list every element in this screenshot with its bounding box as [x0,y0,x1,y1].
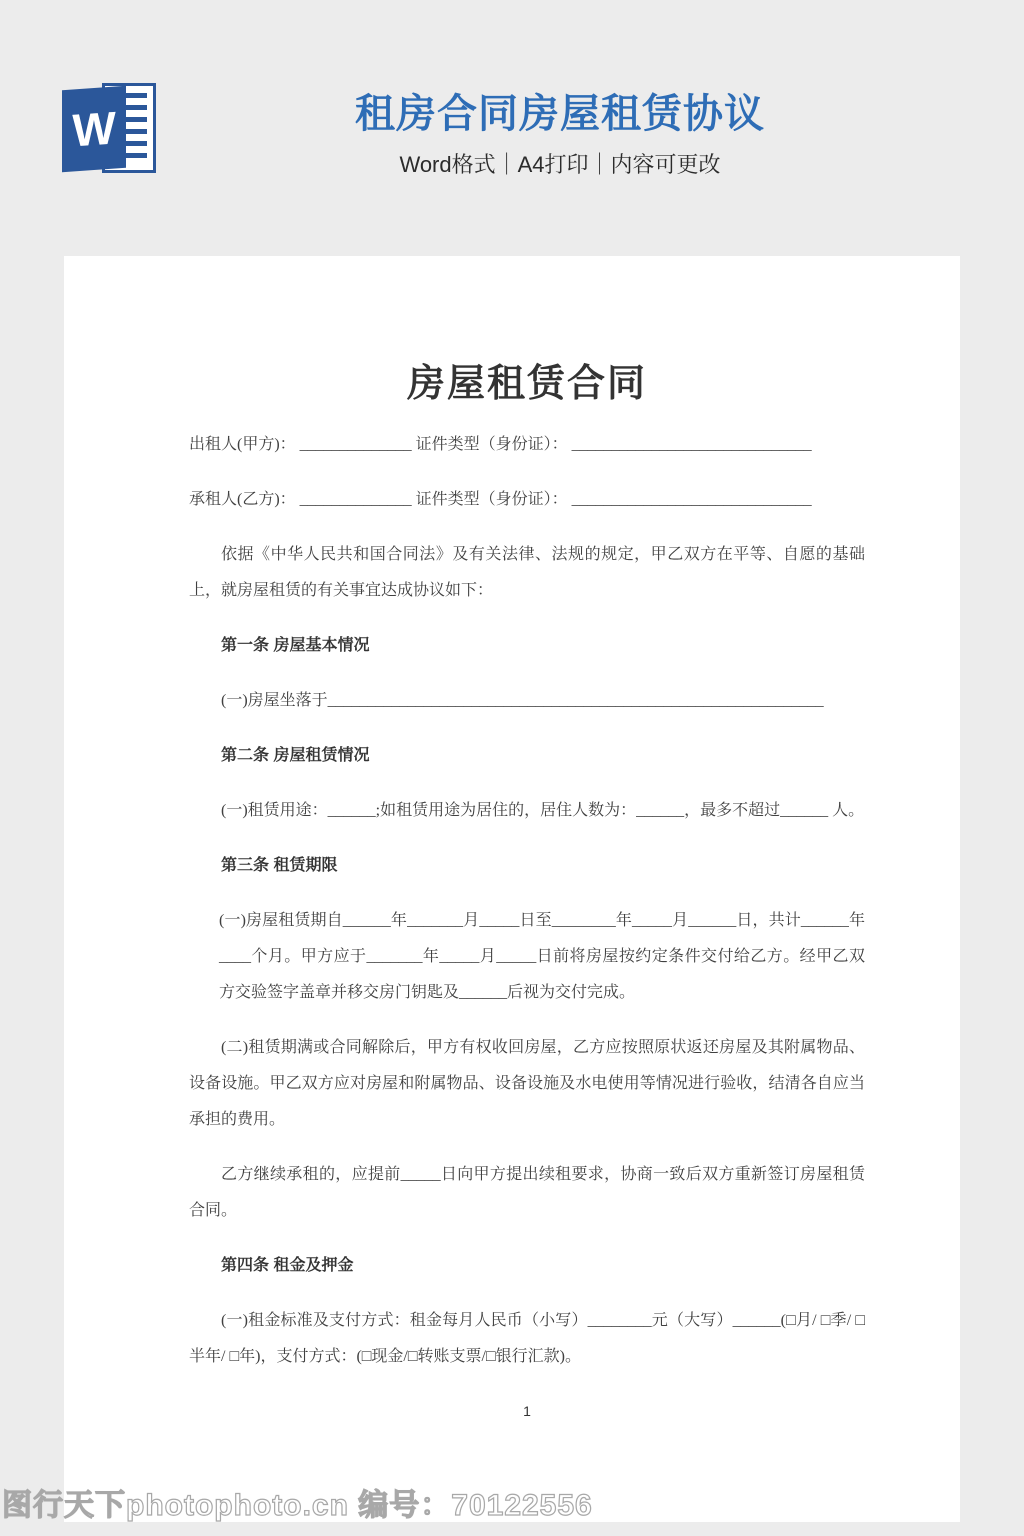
contract-paragraph: 依据《中华人民共和国合同法》及有关法律、法规的规定，甲乙双方在平等、自愿的基础上… [189,537,865,609]
promo-header: W 租房合同房屋租赁协议 Word格式｜A4打印｜内容可更改 [0,0,1024,256]
contract-title: 房屋租赁合同 [189,360,865,408]
page-number: 1 [189,1403,865,1419]
contract-paragraph: (一)租金标准及支付方式：租金每月人民币（小写）________元（大写）___… [189,1303,865,1375]
contract-paragraph: (一)租赁用途：______;如租赁用途为居住的，居住人数为：______，最多… [189,793,865,829]
contract-paragraph: 乙方继续承租的，应提前_____日向甲方提出续租要求，协商一致后双方重新签订房屋… [189,1157,865,1229]
header-text: 租房合同房屋租赁协议 Word格式｜A4打印｜内容可更改 [96,90,1024,178]
watermark-text: 图行天下photophoto.cn 编号：70122556 [2,1488,593,1524]
contract-paragraph: 承租人(乙方)： ______________ 证件类型（身份证）： _____… [189,482,865,518]
template-subtitle: Word格式｜A4打印｜内容可更改 [96,152,1024,178]
section-heading: 第三条 租赁期限 [189,848,865,884]
contract-paragraph: (一)房屋坐落于________________________________… [189,683,865,719]
section-heading: 第四条 租金及押金 [189,1248,865,1284]
section-heading: 第一条 房屋基本情况 [189,628,865,664]
contract-paragraph: (一)房屋租赁期自______年_______月_____日至________年… [219,903,865,1011]
contract-paragraph: 出租人(甲方)： ______________ 证件类型（身份证）： _____… [189,427,865,463]
contract-body: 出租人(甲方)： ______________ 证件类型（身份证）： _____… [189,427,865,1375]
contract-paragraph: (二)租赁期满或合同解除后，甲方有权收回房屋，乙方应按照原状返还房屋及其附属物品… [189,1030,865,1138]
document-page: 房屋租赁合同 出租人(甲方)： ______________ 证件类型（身份证）… [64,256,960,1522]
section-heading: 第二条 房屋租赁情况 [189,738,865,774]
template-title: 租房合同房屋租赁协议 [96,90,1024,138]
